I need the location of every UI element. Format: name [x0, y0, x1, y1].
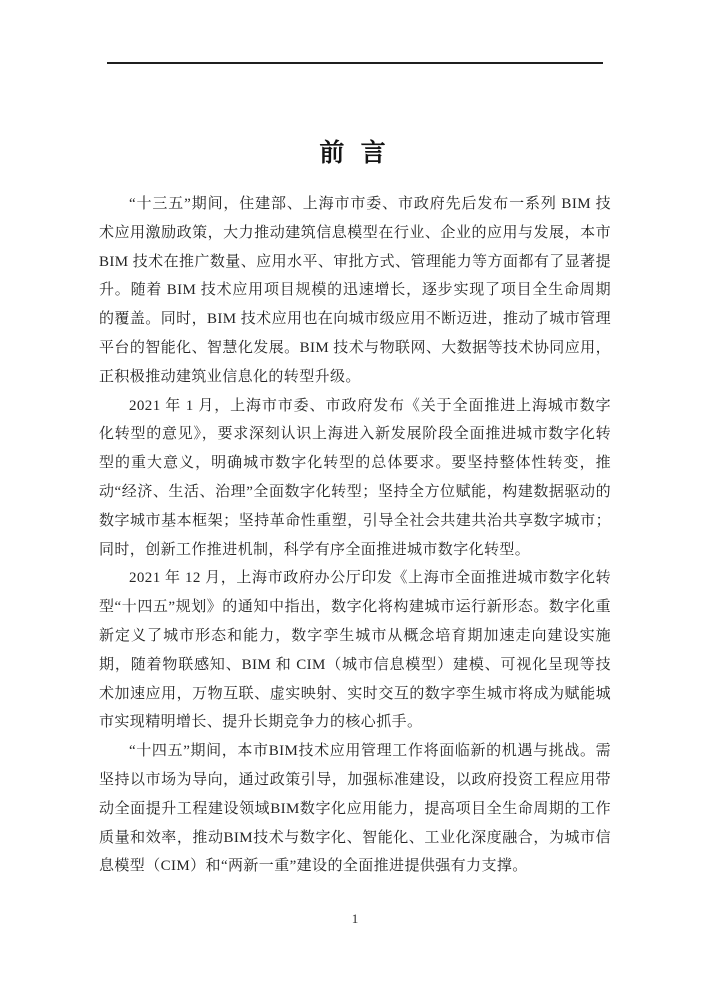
body-text: “十三五”期间，住建部、上海市市委、市政府先后发布一系列 BIM 技术应用激励政… [99, 190, 611, 881]
paragraph-4: “十四五”期间，本市BIM技术应用管理工作将面临新的机遇与挑战。需坚持以市场为导… [99, 737, 611, 881]
document-page: 前 言 “十三五”期间，住建部、上海市市委、市政府先后发布一系列 BIM 技术应… [0, 0, 710, 1004]
page-number: 1 [0, 911, 710, 927]
page-title: 前 言 [0, 133, 710, 169]
header-rule [107, 62, 603, 64]
paragraph-2: 2021 年 1 月，上海市市委、市政府发布《关于全面推进上海城市数字化转型的意… [99, 392, 611, 565]
paragraph-1: “十三五”期间，住建部、上海市市委、市政府先后发布一系列 BIM 技术应用激励政… [99, 190, 611, 392]
paragraph-3: 2021 年 12 月，上海市政府办公厅印发《上海市全面推进城市数字化转型“十四… [99, 564, 611, 737]
